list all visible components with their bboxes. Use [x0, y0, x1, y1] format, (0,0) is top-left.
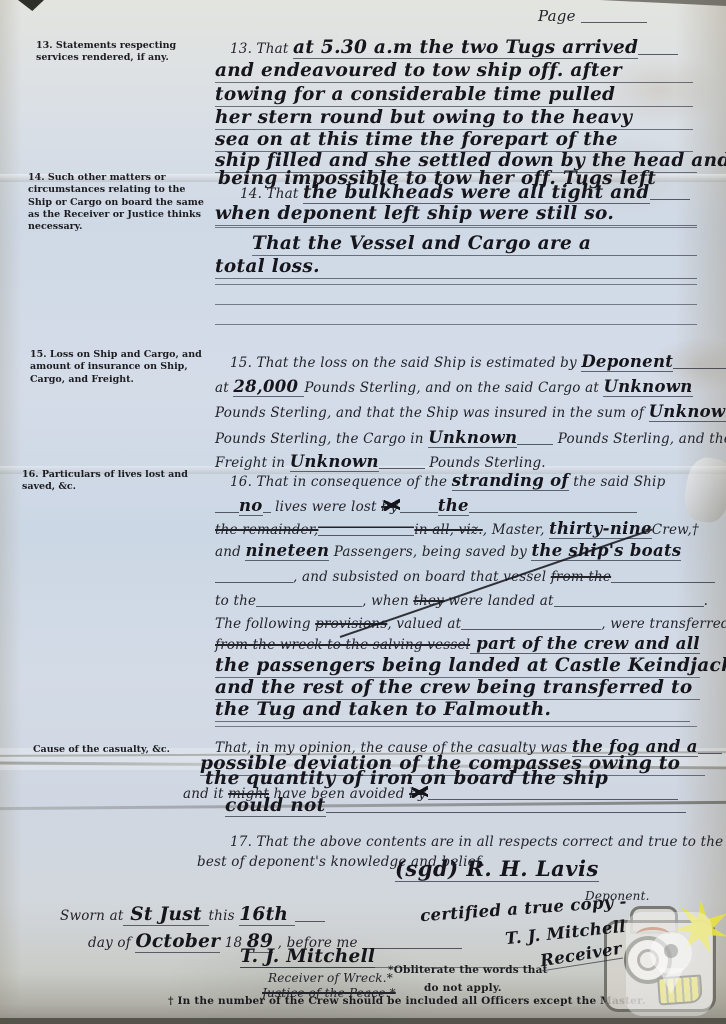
handwritten-text: and endeavoured to tow ship off. after [215, 60, 622, 81]
corner-mark-top-left [18, 0, 44, 11]
blank-rule-segment [326, 796, 686, 813]
clause-16-line: 16. That in consequence of the stranding… [230, 470, 665, 492]
page-number-blank [581, 6, 647, 23]
handwritten-text: T. J. Mitchell [240, 946, 375, 968]
location-pin-hole [664, 944, 678, 958]
handwritten-text: when deponent left ship were still so. [215, 203, 614, 224]
handwritten-text: her stern round but owing to the heavy [215, 107, 632, 128]
printed-text: in all, viz. [414, 522, 482, 538]
handwritten-text: the [438, 496, 469, 516]
handwritten-text: 28,000 [233, 377, 304, 397]
margin-note-13: 13. Statements respecting services rende… [36, 40, 204, 65]
blank-rule-segment [554, 590, 704, 607]
handwritten-text: October [135, 931, 220, 953]
clause-14-line: 14. That the bulkheads were all tight an… [240, 181, 690, 203]
clause-17-line: 17. That the above contents are in all r… [230, 830, 723, 852]
handwritten-text: the Tug and taken to Falmouth. [215, 699, 551, 720]
margin-note-14: 14. Such other matters or circumstances … [28, 172, 206, 234]
blank-rule-segment [318, 519, 414, 536]
printed-text: 13. That [230, 41, 293, 57]
blank-rule-segment [650, 183, 690, 200]
blank-rule-segment [517, 428, 553, 445]
sworn-at-line: Sworn at St Just this 16th [60, 902, 325, 928]
clause-16-line: , and subsisted on board that vessel fro… [215, 564, 715, 586]
printed-text: , when [362, 593, 413, 609]
blank-rule-segment [638, 38, 678, 55]
printed-text: 16. That in consequence of the [230, 474, 452, 490]
handwritten-text: the bulkheads were all tight and [303, 182, 650, 204]
handwritten-text: sea on at this time the forepart of the [215, 129, 618, 150]
blank-rule-segment [263, 496, 271, 513]
printed-text: 17. That the above contents are in all r… [230, 834, 723, 850]
handwritten-text: stranding of [452, 471, 569, 491]
blank-rule-segment [256, 590, 362, 607]
clause-16-line: the remainder,in all, viz., Master, thir… [215, 517, 699, 539]
clause-16-line: from the wreck to the salving vessel par… [215, 633, 700, 655]
clause-14-line: when deponent left ship were still so. [215, 203, 697, 226]
handwritten-text: (sgd) R. H. Lavis [395, 856, 599, 882]
blank-rule [215, 324, 697, 325]
handwritten-text: could not [225, 795, 326, 817]
handwritten-text: That the Vessel and Cargo are a [252, 233, 591, 254]
clause-13-line: and endeavoured to tow ship off. after [215, 60, 693, 83]
clause-16-handwritten-line: the passengers being landed at Castle Ke… [215, 655, 700, 678]
clause-13-line: her stern round but owing to the heavy [215, 107, 693, 130]
printed-text: Crew,† [652, 522, 699, 538]
printed-text: , valued at [387, 616, 461, 632]
printed-text: Pounds Sterling. [425, 455, 546, 471]
blank-rule-segment [673, 352, 726, 369]
handwritten-text: Unknown [603, 377, 692, 397]
handwritten-text: no [239, 496, 263, 516]
margin-note-15: 15. Loss on Ship and Cargo, and amount o… [30, 349, 212, 386]
blank-rule-segment [698, 737, 722, 754]
clause-15-line: Freight in Unknown Pounds Sterling. [215, 450, 546, 472]
printed-text: to the [215, 593, 256, 609]
cause-handwritten-line: could not [225, 794, 686, 816]
scribble-mark [384, 499, 400, 511]
handwritten-text: towing for a considerable time pulled [215, 84, 615, 105]
printed-text: at [215, 380, 233, 396]
handwritten-text: part of the crew and all [470, 634, 700, 654]
mitchell-signature-left: T. J. Mitchell [240, 946, 375, 968]
printed-text: 14. That [240, 186, 303, 202]
printed-text: Pounds Sterling, and the [553, 431, 726, 447]
clause-13-line: sea on at this time the forepart of the [215, 129, 693, 152]
printed-text: The following [215, 616, 315, 632]
printed-text: Pounds Sterling, and on the said Cargo a… [304, 380, 603, 396]
printed-text: , were transferred [601, 616, 726, 632]
blank-rule-segment [295, 905, 325, 922]
printed-text: and it [183, 786, 228, 802]
clause-14-handwritten-line: total loss. [215, 256, 697, 279]
printed-text: , Master, [483, 522, 549, 538]
handwritten-text: Unknown [290, 452, 379, 472]
clause-13-line: 13. That at 5.30 a.m the two Tugs arrive… [230, 36, 678, 58]
printed-text: and [215, 544, 245, 560]
handwritten-text: at 5.30 a.m the two Tugs arrived [293, 37, 638, 59]
printed-text: from the [551, 569, 611, 585]
clause-16-handwritten-line: the Tug and taken to Falmouth. [215, 699, 690, 722]
handwritten-text: and the rest of the crew being transferr… [215, 677, 693, 698]
clause-13-line: towing for a considerable time pulled [215, 84, 693, 107]
blank-rule-segment [461, 613, 601, 630]
handwritten-text: the passengers being landed at Castle Ke… [215, 655, 726, 676]
printed-text: 15. That the loss on the said Ship is es… [230, 355, 581, 371]
crew-dagger-footnote: † In the number of the Crew should be in… [168, 993, 646, 1009]
blank-rule [215, 284, 697, 285]
clause-16-line: to the, when they were landed at. [215, 588, 708, 610]
clause-16-handwritten-line: and the rest of the crew being transferr… [215, 677, 700, 700]
printed-text: Passengers, being saved by [329, 544, 531, 560]
printed-text: Pounds Sterling, and that the Ship was i… [215, 405, 649, 421]
handwritten-text: 16th [239, 904, 295, 926]
handwritten-text: Unknown [649, 402, 726, 422]
printed-text: Freight in [215, 455, 290, 471]
page-number-label: Page [538, 4, 647, 26]
printed-text: the said Ship [569, 474, 666, 490]
printed-text: lives were lost [271, 499, 382, 515]
printed-text: the remainder, [215, 522, 318, 538]
blank-rule-segment [379, 452, 425, 469]
clause-15-line: at 28,000 Pounds Sterling, and on the sa… [215, 376, 693, 398]
handwritten-text: total loss. [215, 256, 320, 277]
blank-rule [215, 227, 697, 228]
blank-rule-segment [215, 496, 239, 513]
margin-note-16: 16. Particulars of lives lost and saved,… [22, 469, 204, 494]
margin-note-cause: Cause of the casualty, &c. [33, 744, 183, 756]
handwritten-text: Unknown [428, 428, 517, 448]
printed-text: . [704, 593, 709, 609]
obliterate-footnote-line1: *Obliterate the words that [388, 962, 548, 978]
blank-rule-segment [400, 496, 438, 513]
receiver-of-wreck-label: Receiver of Wreck.* [268, 970, 393, 986]
printed-text: day of [88, 935, 135, 951]
blank-rule [215, 726, 697, 727]
page-label-text: Page [538, 7, 576, 25]
printed-text: from the wreck to the salving vessel [215, 637, 470, 653]
clause-16-line: no lives were lost bythe [215, 494, 637, 516]
handwritten-text: nineteen [245, 541, 329, 561]
clause-15-line: 15. That the loss on the said Ship is es… [230, 350, 726, 372]
blank-rule-segment [469, 496, 637, 513]
clause-15-line: Pounds Sterling, and that the Ship was i… [215, 401, 726, 423]
clause-14-handwritten-line: That the Vessel and Cargo are a [252, 233, 697, 256]
blank-rule-segment [362, 932, 462, 949]
clause-15-line: Pounds Sterling, the Cargo in Unknown Po… [215, 426, 726, 448]
blank-rule [215, 304, 697, 305]
printed-text: Pounds Sterling, the Cargo in [215, 431, 428, 447]
deponent-signature: (sgd) R. H. Lavis [395, 855, 599, 883]
handwritten-text: St Just [123, 904, 208, 926]
handwritten-text: thirty-nine [549, 519, 652, 539]
scanned-deposition-form: Page 13. Statements respecting services … [0, 0, 726, 1024]
printed-text: Sworn at [60, 908, 123, 924]
blank-rule-segment [611, 566, 715, 583]
clause-16-line: The following provisions, valued at, wer… [215, 611, 726, 633]
blank-rule-segment [215, 566, 293, 583]
handwritten-text: Deponent [581, 352, 673, 372]
printed-text: this [209, 908, 240, 924]
